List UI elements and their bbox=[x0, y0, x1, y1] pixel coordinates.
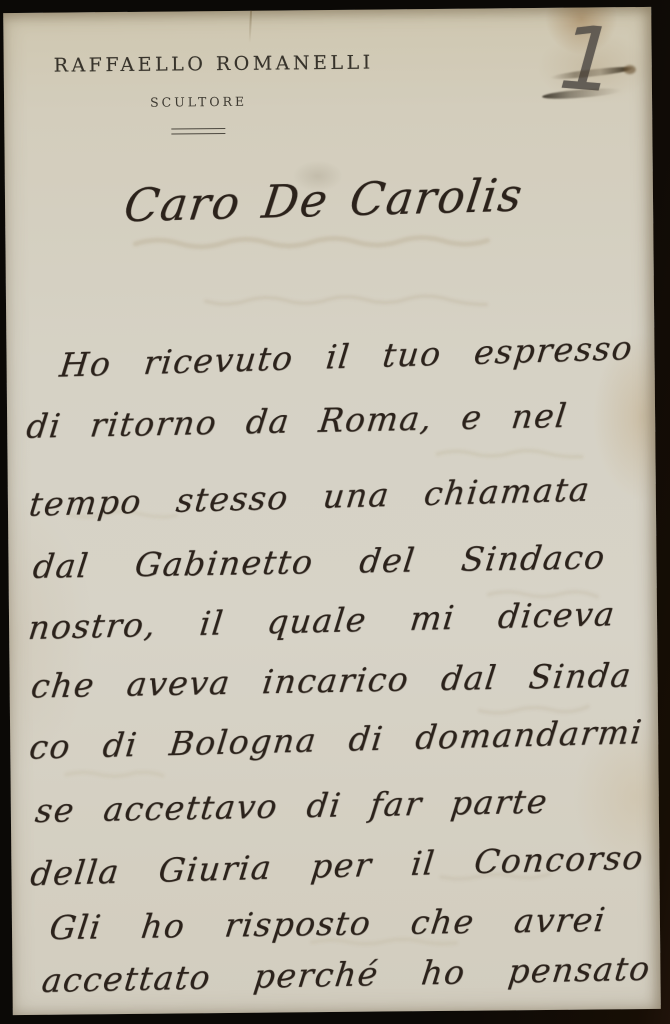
letterhead-double-rule bbox=[171, 128, 225, 135]
letter-line: Gli ho risposto che avrei bbox=[48, 903, 608, 944]
letter-salutation: Caro De Carolis bbox=[122, 173, 521, 229]
scanned-letter-background: RAFFAELLO ROMANELLI SCULTORE 1 Caro De C… bbox=[0, 0, 670, 1024]
letter-line: di ritorno da Roma, e nel bbox=[25, 399, 570, 443]
letter-line: accettato perché ho pensato bbox=[40, 952, 653, 997]
letter-line: Ho ricevuto il tuo espresso bbox=[58, 331, 635, 382]
letter-line: della Giuria per il Concorso bbox=[29, 841, 646, 891]
letterhead-title: SCULTORE bbox=[150, 94, 247, 110]
ink-stain-spot bbox=[624, 65, 636, 74]
letter-page: RAFFAELLO ROMANELLI SCULTORE 1 Caro De C… bbox=[3, 7, 661, 1015]
letter-line: che aveva incarico dal Sinda bbox=[29, 658, 634, 702]
letter-line: se accettavo di far parte bbox=[34, 785, 551, 827]
letter-line: co di Bologna di domandarmi bbox=[28, 715, 645, 764]
paper-crease bbox=[249, 11, 252, 43]
letter-line: nostro, il quale mi diceva bbox=[27, 597, 618, 644]
letter-line: dal Gabinetto del Sindaco bbox=[31, 540, 608, 583]
letter-line: tempo stesso una chiamata bbox=[27, 473, 592, 521]
letterhead-name: RAFFAELLO ROMANELLI bbox=[54, 52, 374, 77]
